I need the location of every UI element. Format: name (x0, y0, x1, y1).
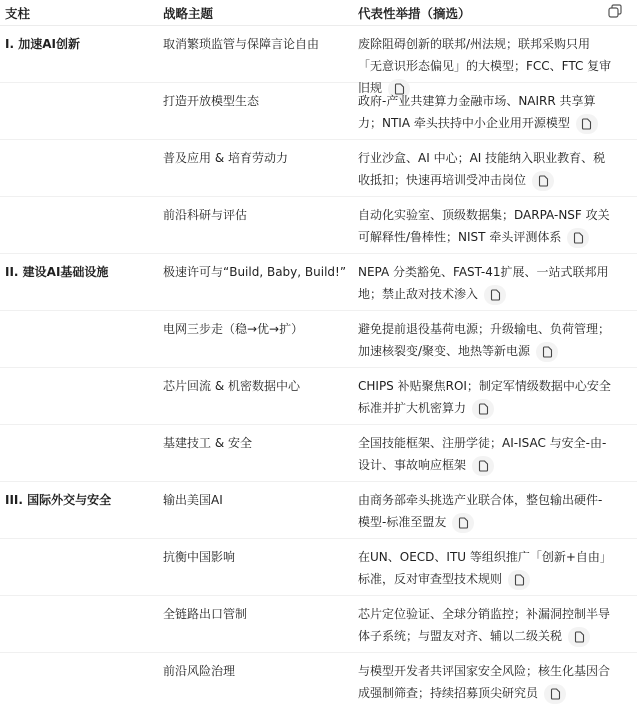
measures-text: 避免提前退役基荷电源；升级输电、负荷管理；加速核裂变/聚变、地热等新电源 (358, 322, 610, 358)
table-row: 基建技工 & 安全 全国技能框架、注册学徒；AI-ISAC 与安全-由-设计、事… (0, 425, 637, 482)
theme-cell: 极速许可与“Build, Baby, Build!” (160, 254, 358, 310)
pillar-cell (0, 653, 160, 704)
measures-text: 在UN、OECD、ITU 等组织推广「创新+自由」标准，反对审查型技术规则 (358, 550, 612, 586)
table-row: 打造开放模型生态 政府-产业共建算力金融市场、NAIRR 共享算力；NTIA 牵… (0, 83, 637, 140)
pillar-cell (0, 140, 160, 196)
table-row: 普及应用 & 培育劳动力 行业沙盒、AI 中心；AI 技能纳入职业教育、税收抵扣… (0, 140, 637, 197)
strategy-table: 支柱 战略主题 代表性举措（摘选） I. 加速AI创新 取消繁琐监管与保障言论自… (0, 0, 637, 704)
theme-cell: 电网三步走（稳→优→扩） (160, 311, 358, 367)
measures-cell: CHIPS 补贴聚焦ROI；制定军情级数据中心安全标准并扩大机密算力 (358, 368, 620, 424)
theme-cell: 取消繁琐监管与保障言论自由 (160, 26, 358, 82)
pillar-cell (0, 311, 160, 367)
header-measures: 代表性举措（摘选） (358, 0, 620, 22)
pillar-cell (0, 197, 160, 253)
measures-text: 由商务部牵头挑选产业联合体，整包输出硬件-模型-标准至盟友 (358, 493, 602, 529)
table-row: I. 加速AI创新 取消繁琐监管与保障言论自由 废除阻碍创新的联邦/州法规；联邦… (0, 26, 637, 83)
measures-cell: 芯片定位验证、全球分销监控；补漏洞控制半导体子系统；与盟友对齐、辅以二级关税 (358, 596, 620, 652)
theme-cell: 普及应用 & 培育劳动力 (160, 140, 358, 196)
copy-cell-button[interactable] (472, 456, 494, 476)
copy-cell-button[interactable] (536, 342, 558, 362)
theme-cell: 全链路出口管制 (160, 596, 358, 652)
table-row: II. 建设AI基础设施 极速许可与“Build, Baby, Build!” … (0, 254, 637, 311)
measures-cell: 行业沙盒、AI 中心；AI 技能纳入职业教育、税收抵扣；快速再培训受冲击岗位 (358, 140, 620, 196)
pillar-cell (0, 596, 160, 652)
copy-table-icon[interactable] (607, 3, 623, 19)
copy-cell-button[interactable] (452, 513, 474, 533)
copy-icon (550, 688, 561, 700)
copy-cell-button[interactable] (532, 171, 554, 191)
measures-cell: 与模型开发者共评国家安全风险；核生化基因合成强制筛查；持续招募顶尖研究员 (358, 653, 620, 704)
measures-cell: 在UN、OECD、ITU 等组织推广「创新+自由」标准，反对审查型技术规则 (358, 539, 620, 595)
copy-icon (478, 403, 489, 415)
pillar-cell: II. 建设AI基础设施 (0, 254, 160, 310)
table-row: 抗衡中国影响 在UN、OECD、ITU 等组织推广「创新+自由」标准，反对审查型… (0, 539, 637, 596)
table-row: 电网三步走（稳→优→扩） 避免提前退役基荷电源；升级输电、负荷管理；加速核裂变/… (0, 311, 637, 368)
pillar-cell: I. 加速AI创新 (0, 26, 160, 82)
copy-cell-button[interactable] (568, 627, 590, 647)
measures-cell: NEPA 分类豁免、FAST-41扩展、一站式联邦用地；禁止敌对技术渗入 (358, 254, 620, 310)
table-row: 全链路出口管制 芯片定位验证、全球分销监控；补漏洞控制半导体子系统；与盟友对齐、… (0, 596, 637, 653)
theme-cell: 输出美国AI (160, 482, 358, 538)
copy-icon (542, 346, 553, 358)
pillar-cell (0, 83, 160, 139)
measures-cell: 全国技能框架、注册学徒；AI-ISAC 与安全-由-设计、事故响应框架 (358, 425, 620, 481)
copy-icon (581, 118, 592, 130)
pillar-cell (0, 425, 160, 481)
pillar-cell (0, 368, 160, 424)
copy-cell-button[interactable] (508, 570, 530, 590)
pillar-cell: III. 国际外交与安全 (0, 482, 160, 538)
pillar-cell (0, 539, 160, 595)
measures-cell: 自动化实验室、顶级数据集；DARPA-NSF 攻关可解释性/鲁棒性；NIST 牵… (358, 197, 620, 253)
copy-icon (574, 631, 585, 643)
measures-text: 政府-产业共建算力金融市场、NAIRR 共享算力；NTIA 牵头扶持中小企业用开… (358, 94, 596, 130)
measures-cell: 废除阻碍创新的联邦/州法规；联邦采购只用「无意识形态偏见」的大模型；FCC、FT… (358, 26, 620, 82)
copy-cell-button[interactable] (567, 228, 589, 248)
theme-cell: 基建技工 & 安全 (160, 425, 358, 481)
copy-icon (458, 517, 469, 529)
copy-icon (514, 574, 525, 586)
table-row: 前沿风险治理 与模型开发者共评国家安全风险；核生化基因合成强制筛查；持续招募顶尖… (0, 653, 637, 704)
copy-cell-button[interactable] (576, 114, 598, 134)
copy-icon (573, 232, 584, 244)
table-header: 支柱 战略主题 代表性举措（摘选） (0, 0, 637, 26)
theme-cell: 芯片回流 & 机密数据中心 (160, 368, 358, 424)
copy-cell-button[interactable] (484, 285, 506, 305)
copy-cell-button[interactable] (472, 399, 494, 419)
copy-icon (478, 460, 489, 472)
theme-cell: 前沿风险治理 (160, 653, 358, 704)
table-row: 前沿科研与评估 自动化实验室、顶级数据集；DARPA-NSF 攻关可解释性/鲁棒… (0, 197, 637, 254)
table-row: III. 国际外交与安全 输出美国AI 由商务部牵头挑选产业联合体，整包输出硬件… (0, 482, 637, 539)
header-pillar: 支柱 (0, 0, 160, 22)
theme-cell: 前沿科研与评估 (160, 197, 358, 253)
theme-cell: 抗衡中国影响 (160, 539, 358, 595)
measures-cell: 政府-产业共建算力金融市场、NAIRR 共享算力；NTIA 牵头扶持中小企业用开… (358, 83, 620, 139)
table-body: I. 加速AI创新 取消繁琐监管与保障言论自由 废除阻碍创新的联邦/州法规；联邦… (0, 26, 637, 704)
measures-text: 与模型开发者共评国家安全风险；核生化基因合成强制筛查；持续招募顶尖研究员 (358, 664, 610, 700)
header-theme: 战略主题 (160, 0, 358, 22)
copy-icon (538, 175, 549, 187)
measures-cell: 由商务部牵头挑选产业联合体，整包输出硬件-模型-标准至盟友 (358, 482, 620, 538)
measures-text: 行业沙盒、AI 中心；AI 技能纳入职业教育、税收抵扣；快速再培训受冲击岗位 (358, 151, 605, 187)
copy-cell-button[interactable] (544, 684, 566, 704)
measures-cell: 避免提前退役基荷电源；升级输电、负荷管理；加速核裂变/聚变、地热等新电源 (358, 311, 620, 367)
table-row: 芯片回流 & 机密数据中心 CHIPS 补贴聚焦ROI；制定军情级数据中心安全标… (0, 368, 637, 425)
copy-icon (490, 289, 501, 301)
theme-cell: 打造开放模型生态 (160, 83, 358, 139)
